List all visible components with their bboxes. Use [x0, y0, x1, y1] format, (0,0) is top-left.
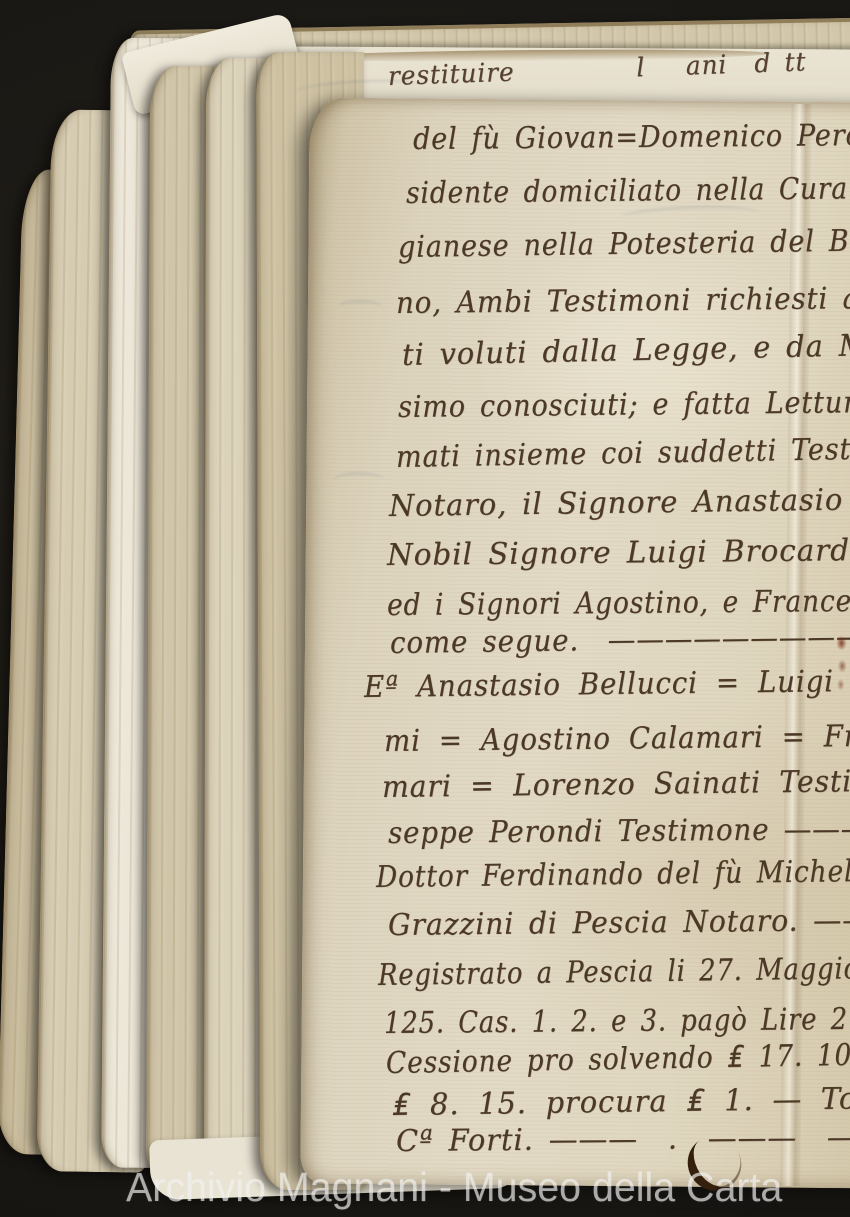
archive-watermark: Archivio Magnani - Museo della Carta [126, 1164, 782, 1211]
wax-stain [834, 632, 849, 694]
manuscript-line: sidente domiciliato nella Cura del C [406, 170, 850, 211]
manuscript-line: Notaro, il Signore Anastasio Be [389, 482, 850, 524]
manuscript-line: gianese nella Potesteria del Borgo a [398, 222, 850, 265]
archival-photo: restituire l ani d tt e del fù Giovan=Do… [0, 0, 850, 1217]
manuscript-line: Nobil Signore Luigi Brocardi e [387, 533, 850, 573]
manuscript-line: come segue. ———————————— [390, 618, 850, 661]
manuscript-line: Registrato a Pescia li 27. Maggio 1830. [378, 950, 850, 993]
manuscript-line: Cª Forti. ——— . ——— ——— [396, 1119, 850, 1159]
manuscript-line: ₤ 8. 15. procura ₤ 1. — Totale ₤ [392, 1080, 850, 1123]
bleedthrough-mark [334, 472, 384, 487]
manuscript-line: 125. Cas. 1. 2. e 3. pagò Lire 27. e sol [384, 1001, 850, 1041]
manuscript-line: seppe Perondi Testimone ——————— [388, 811, 850, 851]
manuscript-line: mari = Lorenzo Sainati Testimone [382, 763, 850, 805]
manuscript-line: no, Ambi Testimoni richiesti avent [396, 280, 850, 321]
bleedthrough-mark [338, 300, 382, 313]
manuscript-line: Dottor Ferdinando del fù Michele Ale [376, 853, 850, 895]
manuscript-line: mi = Agostino Calamari = Frances [384, 718, 850, 759]
manuscript-line: Eª Anastasio Bellucci = Luigi Broca [364, 663, 850, 705]
manuscript-line: Grazzini di Pescia Notaro. ———— [388, 902, 850, 943]
manuscript-line: del fù Giovan=Domenico Perondi r [413, 117, 850, 157]
manuscript-line: ed i Signori Agostino, e Francesco C [387, 583, 850, 623]
manuscript-line: simo conosciuti; e fatta Lettura fir [398, 385, 850, 425]
